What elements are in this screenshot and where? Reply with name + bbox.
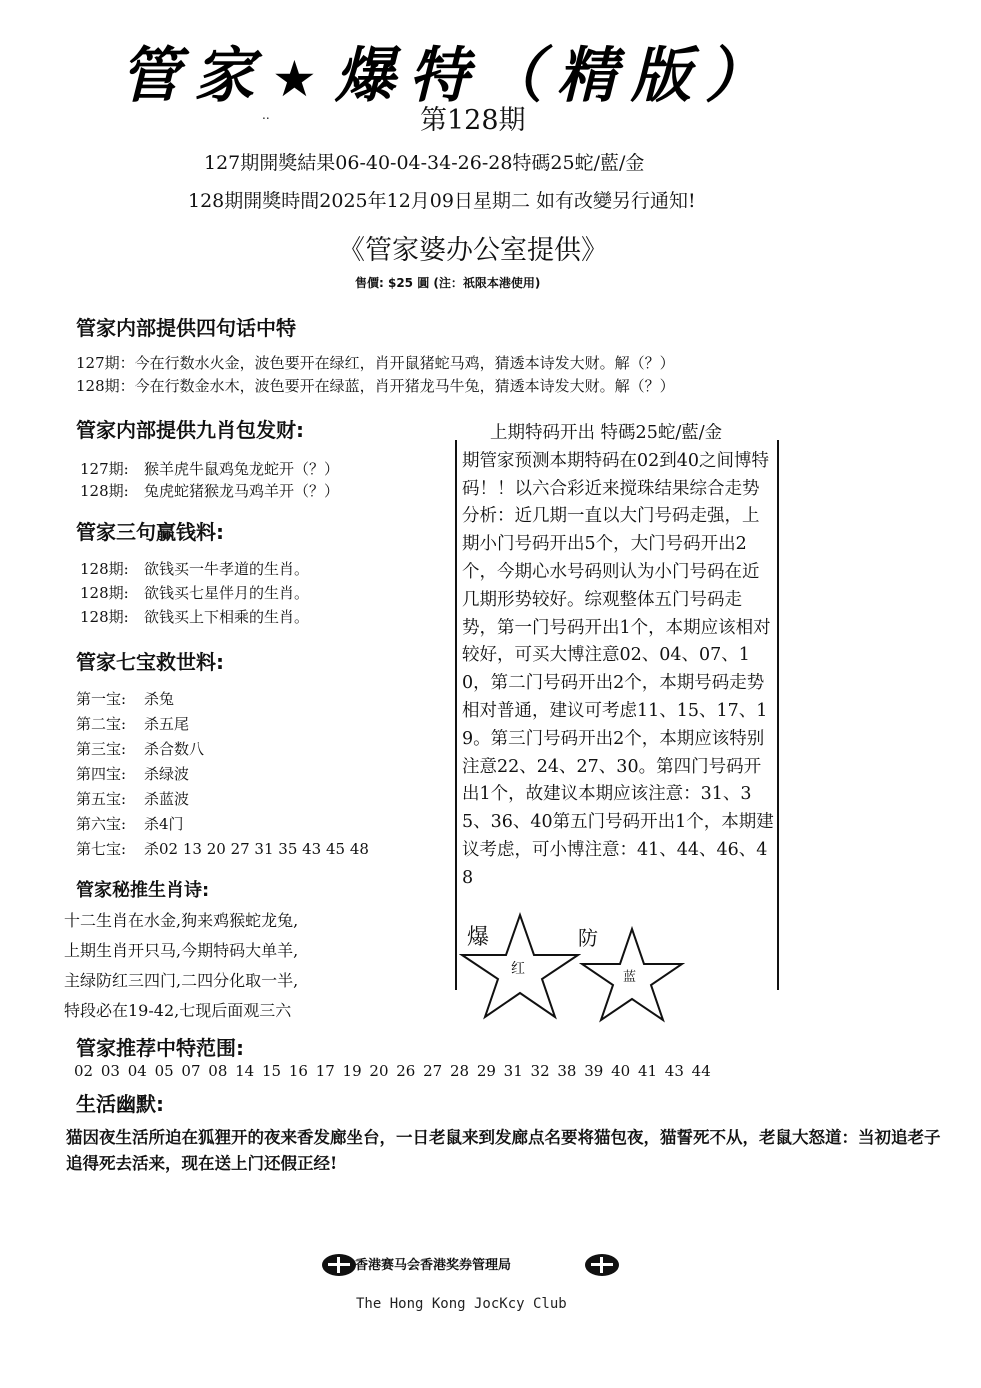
provider: 《管家婆办公室提供》 <box>338 228 608 267</box>
treasure-text: 杀兔 <box>144 688 174 709</box>
star-inner-blue: 蓝 <box>623 966 636 985</box>
treasure-text: 杀02 13 20 27 31 35 43 45 48 <box>144 838 369 859</box>
price: 售價: $25 圓 (注：祇限本港使用) <box>355 274 540 291</box>
jockey-club-logo-icon <box>322 1254 356 1276</box>
nine-zodiac-text: 猴羊虎牛鼠鸡兔龙蛇开（？） <box>144 458 339 479</box>
nine-zodiac-period: 127期: <box>80 458 129 479</box>
treasure-label: 第一宝: <box>76 688 126 709</box>
section-heading-range: 管家推荐中特范围: <box>76 1032 244 1061</box>
last-result: 127期開獎結果06-40-04-34-26-28特碼25蛇/藍/金 <box>204 148 644 175</box>
treasure-label: 第三宝: <box>76 738 126 759</box>
four-sentences-line: 128期：今在行数金水木，波色要开在绿蓝，肖开猪龙马牛兔，猜透本诗发大财。解（？… <box>76 375 675 396</box>
three-sentences-text: 欲钱买一牛孝道的生肖。 <box>144 558 309 579</box>
range-numbers: 02 03 04 05 07 08 14 15 16 17 19 20 26 2… <box>74 1062 711 1080</box>
jockey-club-logo-icon <box>585 1254 619 1276</box>
humor-text: 猫因夜生活所迫在狐狸开的夜来香发廊坐台，一日老鼠来到发廊点名要将猫包夜，猫誓死不… <box>66 1125 946 1177</box>
poem-line: 特段必在19-42,七现后面观三六 <box>64 998 291 1021</box>
treasure-label: 第二宝: <box>76 713 126 734</box>
section-heading-nine-zodiac: 管家内部提供九肖包发财: <box>76 414 304 443</box>
issue-number: 第128期 <box>420 98 526 137</box>
poem-line: 主绿防红三四门,二四分化取一半, <box>64 968 298 991</box>
treasure-label: 第五宝: <box>76 788 126 809</box>
section-heading-poem: 管家秘推生肖诗: <box>76 876 209 902</box>
star-inner-red: 红 <box>511 958 525 978</box>
treasure-text: 杀4门 <box>144 813 184 834</box>
section-heading-three-sentences: 管家三句赢钱料: <box>76 516 224 545</box>
nine-zodiac-text: 兔虎蛇猪猴龙马鸡羊开（？） <box>144 480 339 501</box>
star-icon: ★ <box>272 50 331 108</box>
nine-zodiac-period: 128期: <box>80 480 129 501</box>
three-sentences-text: 欲钱买七星伴月的生肖。 <box>144 582 309 603</box>
treasure-label: 第六宝: <box>76 813 126 834</box>
section-heading-humor: 生活幽默: <box>76 1088 164 1117</box>
three-sentences-text: 欲钱买上下相乘的生肖。 <box>144 606 309 627</box>
treasure-label: 第七宝: <box>76 838 126 859</box>
three-sentences-period: 128期: <box>80 582 129 603</box>
four-sentences-line: 127期：今在行数水火金，波色要开在绿红，肖开鼠猪蛇马鸡，猜透本诗发大财。解（？… <box>76 352 675 373</box>
analysis-text: 上期特码开出 特碼25蛇/藍/金期管家预测本期特码在02到40之间博特码！！以六… <box>462 420 774 893</box>
title-left: 管家 <box>120 41 268 111</box>
poem-line: 上期生肖开只马,今期特码大单羊, <box>64 938 298 961</box>
analysis-first-line: 上期特码开出 特碼25蛇/藍/金 <box>462 420 774 448</box>
decorative-dots: .. <box>262 108 270 122</box>
poem-line: 十二生肖在水金,狗来鸡猴蛇龙兔, <box>64 908 298 931</box>
section-heading-seven-treasures: 管家七宝救世料: <box>76 646 224 675</box>
treasure-text: 杀五尾 <box>144 713 189 734</box>
title-right: 爆特（精版） <box>335 41 779 111</box>
three-sentences-period: 128期: <box>80 558 129 579</box>
footer-org-en: The Hong Kong JocKcy Club <box>356 1296 567 1312</box>
footer-org-cn: 香港赛马会香港奖券管理局 <box>355 1254 511 1273</box>
draw-time: 128期開獎時間2025年12月09日星期二 如有改變另行通知! <box>188 186 696 213</box>
treasure-text: 杀绿波 <box>144 763 189 784</box>
three-sentences-period: 128期: <box>80 606 129 627</box>
treasure-text: 杀蓝波 <box>144 788 189 809</box>
treasure-text: 杀合数八 <box>144 738 204 759</box>
analysis-body: 期管家预测本期特码在02到40之间博特码！！以六合彩近来搅珠结果综合走势分析：近… <box>462 451 774 888</box>
treasure-label: 第四宝: <box>76 763 126 784</box>
section-heading-four-sentences: 管家内部提供四句话中特 <box>76 312 296 341</box>
